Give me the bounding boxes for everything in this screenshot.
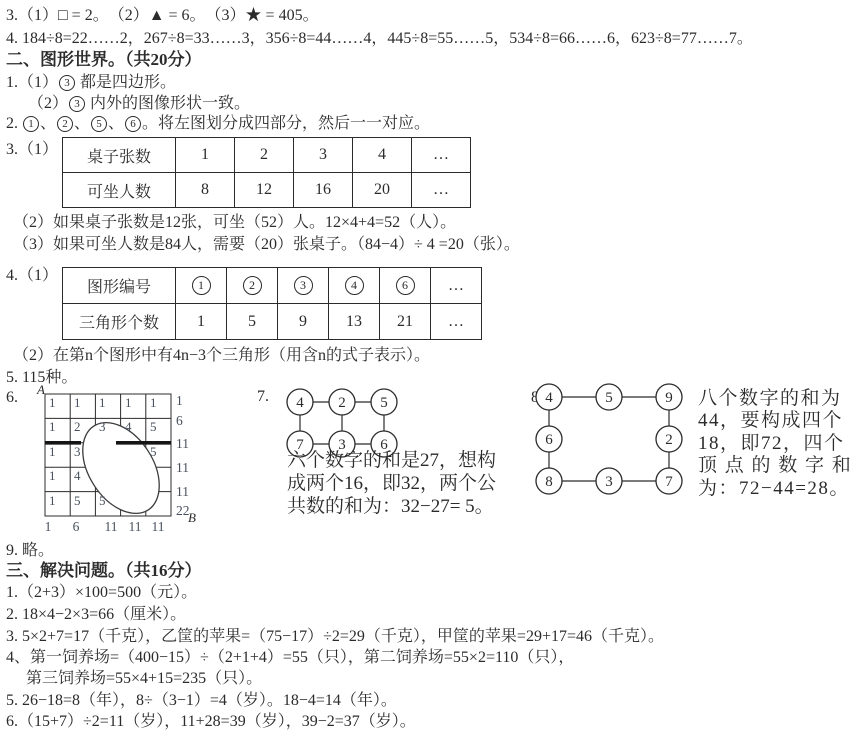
answer-line-2-1-1: 1.（1）3 都是四边形。 (6, 73, 176, 93)
table-row: 桌子张数 1 2 3 4 … (63, 138, 471, 173)
table-cell: … (431, 268, 482, 304)
grid-cell-value: 4 (125, 419, 132, 434)
grid-cell-value: 1 (125, 395, 132, 410)
circled-number: 2 (57, 116, 73, 132)
circled-number: 1 (192, 276, 211, 295)
circled-number: 3 (294, 276, 313, 295)
answer-line-3-4: 4、第一饲养场=（400−15）÷（2+1+4）=55（只），第二饲养场=55×… (6, 648, 574, 668)
eight-circle-diagram: 4 5 9 6 2 8 3 7 (535, 375, 687, 501)
answer-line-3: 3.（1）□ = 2。 （2）▲ = 6。 （3）★ = 405。 (6, 6, 319, 26)
answer-line-2-1-2: （2）3 内外的图像形状一致。 (28, 94, 250, 114)
circle-value: 5 (605, 390, 613, 406)
answer-text: 、 (108, 115, 124, 132)
answer-text: （2） (28, 95, 68, 112)
answer-line-3-6: 6.（15+7）÷2=11（岁），11+28=39（岁），39−2=37（岁）。 (6, 712, 416, 730)
caption-line: 44，要构成四个 (698, 410, 863, 432)
grid-cell-value: 3 (99, 419, 106, 434)
answer-text: 内外的图像形状一致。 (86, 95, 250, 112)
circle-value: 9 (665, 390, 673, 406)
grid-cell-value: 1 (74, 395, 81, 410)
grid-cell-value: 1 (99, 395, 106, 410)
circled-number: 2 (243, 276, 262, 295)
circled-number: 3 (59, 75, 75, 91)
circle-value: 3 (605, 474, 613, 490)
row-header: 三角形个数 (63, 304, 176, 340)
right-axis-value: 11 (176, 436, 189, 451)
answer-line-4: 4. 184÷8=22……2，267÷8=33……3，356÷8=44……4，4… (6, 29, 753, 49)
table2-label: 4.（1） (6, 262, 58, 285)
table-cell: 21 (380, 304, 431, 340)
circle-value: 2 (665, 432, 673, 448)
corner-total-value: 22 (176, 503, 190, 518)
grid-diagram: A B 1 1 1 1 1 1 2 3 4 5 1 3 5 1 4 1 5 5 … (26, 386, 241, 538)
circled-number: 4 (345, 276, 364, 295)
table-cell: 20 (353, 173, 412, 208)
answer-text: 2. (6, 115, 22, 132)
grid-cell-value: 1 (49, 493, 56, 508)
circle-value: 7 (665, 474, 673, 490)
answer-line-3-5: 5. 26−18=8（年），8÷（3−1）=4（岁）。18−4=14（年）。 (6, 691, 397, 711)
answer-line-2-3-2: （2）如果桌子张数是12张，可坐（52）人。12×4+4=52（人）。 (13, 213, 456, 233)
diagram8-caption: 八个数字的和为 44，要构成四个 18，即72，四个 顶 点 的 数 字 和 为… (698, 388, 863, 500)
answer-line-2-3-3: （3）如果可坐人数是84人，需要（20）张桌子。（84−4）÷ 4 =20（张）… (13, 235, 520, 255)
bottom-axis-value: 6 (73, 519, 80, 534)
answer-text: 。将左图划分成四部分，然后一一对应。 (142, 115, 430, 132)
seats-table: 桌子张数 1 2 3 4 … 可坐人数 8 12 16 20 … (62, 137, 471, 208)
right-axis-value: 11 (176, 460, 189, 475)
diagram7-caption: 六个数字的和是27，想构 成两个16，即32，两个公 共数的和为：32−27= … (287, 449, 527, 518)
right-axis-value: 11 (176, 484, 189, 499)
grid-cell-value: 1 (150, 395, 157, 410)
caption-line: 八个数字的和为 (698, 388, 863, 410)
section-heading-2: 二、图形世界。（共20分） (6, 50, 202, 70)
diagram7-label: 7. (257, 387, 269, 407)
grid-cell-value: 1 (49, 395, 56, 410)
table-cell: 16 (294, 173, 353, 208)
circled-number: 1 (23, 116, 39, 132)
caption-line: 为：72−44=28。 (698, 478, 863, 500)
diagram6-label: 6. (6, 388, 18, 408)
table-cell: 2 (227, 268, 278, 304)
circle-value: 5 (380, 395, 388, 411)
row-header: 可坐人数 (63, 173, 176, 208)
answer-line-3-4b: 第三饲养场=55×4+15=235（只）。 (26, 669, 262, 689)
circle-value: 4 (296, 395, 304, 411)
table-cell: 4 (353, 138, 412, 173)
caption-line: 六个数字的和是27，想构 (287, 449, 527, 472)
table-cell: 1 (176, 138, 235, 173)
bottom-axis-value: 11 (152, 519, 165, 534)
table-cell: 3 (278, 268, 329, 304)
vertex-a-label: A (36, 382, 45, 397)
grid-cell-value: 1 (49, 419, 56, 434)
answer-text: 都是四边形。 (76, 74, 176, 91)
table-row: 可坐人数 8 12 16 20 … (63, 173, 471, 208)
answer-line-2-4-2: （2）在第n个图形中有4n−3个三角形（用含n的式子表示）。 (13, 346, 430, 366)
table-cell: 2 (235, 138, 294, 173)
circled-number: 6 (396, 276, 415, 295)
table-cell: … (412, 173, 471, 208)
table-cell: 6 (380, 268, 431, 304)
answer-line-3-3: 3. 5×2+7=17（千克），乙筐的苹果=（75−17）÷2=29（千克），甲… (6, 627, 664, 647)
answer-line-2-2: 2. 1、2、5、6。将左图划分成四部分，然后一一对应。 (6, 114, 430, 134)
circle-value: 4 (545, 390, 553, 406)
table-cell: 13 (329, 304, 380, 340)
answer-text: 、 (74, 115, 90, 132)
grid-cell-value: 1 (49, 444, 56, 459)
row-header: 图形编号 (63, 268, 176, 304)
grid-cell-value: 5 (150, 419, 157, 434)
table-cell: … (431, 304, 482, 340)
caption-line: 共数的和为：32−27= 5。 (287, 495, 527, 518)
grid-cell-value: 2 (74, 419, 81, 434)
circled-number: 6 (125, 116, 141, 132)
answer-line-3-1: 1.（2+3）×100=500（元）。 (6, 583, 197, 603)
right-axis-value: 6 (176, 413, 183, 428)
table-cell: 1 (176, 268, 227, 304)
circle-value: 8 (545, 474, 553, 490)
circle-value: 2 (338, 395, 346, 411)
table-cell: 4 (329, 268, 380, 304)
caption-line: 成两个16，即32，两个公 (287, 472, 527, 495)
table-cell: 8 (176, 173, 235, 208)
table-cell: 5 (227, 304, 278, 340)
table-cell: 3 (294, 138, 353, 173)
caption-line: 18，即72，四个 (698, 433, 863, 455)
grid-cell-value: 1 (49, 468, 56, 483)
worksheet-page: 3.（1）□ = 2。 （2）▲ = 6。 （3）★ = 405。 4. 184… (0, 0, 863, 730)
circled-number: 5 (91, 116, 107, 132)
circle-value: 6 (545, 432, 553, 448)
table-row: 图形编号 1 2 3 4 6 … (63, 268, 482, 304)
answer-text: 1.（1） (6, 74, 58, 91)
bottom-axis-value: 1 (45, 519, 52, 534)
ellipse-overlay (67, 409, 175, 528)
grid-cell-value: 5 (150, 444, 157, 459)
table-cell: 12 (235, 173, 294, 208)
answer-line-2-9: 9. 略。 (6, 541, 54, 561)
table-cell: 1 (176, 304, 227, 340)
bottom-axis-value: 11 (105, 519, 118, 534)
triangles-table: 图形编号 1 2 3 4 6 … 三角形个数 1 5 9 13 21 … (62, 267, 482, 340)
grid-cell-value: 5 (74, 493, 81, 508)
grid-cell-value: 3 (74, 444, 81, 459)
table1-label: 3.（1） (6, 136, 58, 159)
table-cell: 9 (278, 304, 329, 340)
table-row: 三角形个数 1 5 9 13 21 … (63, 304, 482, 340)
bottom-axis-value: 11 (129, 519, 142, 534)
answer-line-3-2: 2. 18×4−2×3=66（厘米）。 (6, 605, 186, 625)
table-cell: … (412, 138, 471, 173)
grid-cell-value: 5 (99, 493, 106, 508)
row-header: 桌子张数 (63, 138, 176, 173)
circled-number: 3 (69, 96, 85, 112)
right-axis-value: 1 (176, 393, 183, 408)
section-heading-3: 三、解决问题。（共16分） (6, 561, 202, 581)
grid-cell-value: 4 (74, 468, 81, 483)
answer-text: 、 (40, 115, 56, 132)
caption-line: 顶 点 的 数 字 和 (698, 455, 863, 477)
